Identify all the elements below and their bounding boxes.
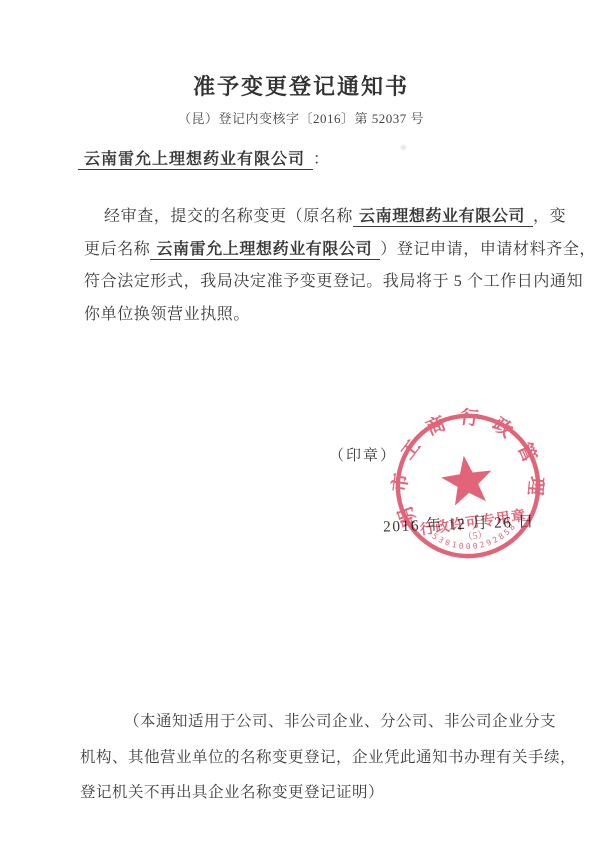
seal-graphic: 昆明市工商行政管理局 行政许可专用章 （5） 5301000292858 [379, 397, 557, 575]
scan-smudge-artifact [399, 144, 408, 151]
footer-line: 登记机关不再出具企业名称变更登记证明） [80, 775, 554, 811]
body-paragraph: 经审查，提交的名称变更（原名称云南理想药业有限公司，变 更后名称云南雷允上理想药… [84, 201, 554, 331]
seal-star-icon [439, 452, 496, 507]
document-page: 准予变更登记通知书 （昆）登记内变核字〔2016〕第 52037 号 云南雷允上… [0, 0, 602, 853]
body-line: 经审查，提交的名称变更（原名称云南理想药业有限公司，变 [84, 201, 554, 234]
body-text: 经审查，提交的名称变更（原名称 [104, 208, 353, 225]
document-number: （昆）登记内变核字〔2016〕第 52037 号 [0, 108, 602, 127]
addressee-line: 云南雷允上理想药业有限公司： [78, 146, 330, 169]
addressee-colon: ： [313, 151, 330, 168]
body-text: ）登记申请，申请材料齐全， [380, 241, 596, 258]
footer-line: 机构、其他营业单位的名称变更登记，企业凭此通知书办理有关手续， [80, 740, 554, 776]
addressee-name: 云南雷允上理想药业有限公司 [78, 151, 313, 170]
body-text: 你单位换领营业执照。 [84, 306, 250, 323]
document-title: 准予变更登记通知书 [0, 70, 602, 101]
body-line: 更后名称云南雷允上理想药业有限公司）登记申请，申请材料齐全， [84, 234, 554, 267]
body-text: 符合法定形式，我局决定准予变更登记。我局将于 5 个工作日内通知 [84, 273, 583, 290]
new-company-name: 云南雷允上理想药业有限公司 [150, 241, 380, 260]
footer-line: （本通知适用于公司、非公司企业、分公司、非公司企业分支 [80, 704, 554, 740]
body-line: 符合法定形式，我局决定准予变更登记。我局将于 5 个工作日内通知 [84, 266, 554, 299]
official-seal-stamp: 昆明市工商行政管理局 行政许可专用章 （5） 5301000292858 [379, 397, 557, 575]
body-line: 你单位换领营业执照。 [84, 299, 554, 332]
body-text: 更后名称 [84, 241, 150, 258]
body-text: ，变 [533, 208, 566, 225]
footer-note: （本通知适用于公司、非公司企业、分公司、非公司企业分支 机构、其他营业单位的名称… [80, 704, 554, 811]
old-company-name: 云南理想药业有限公司 [353, 208, 533, 227]
